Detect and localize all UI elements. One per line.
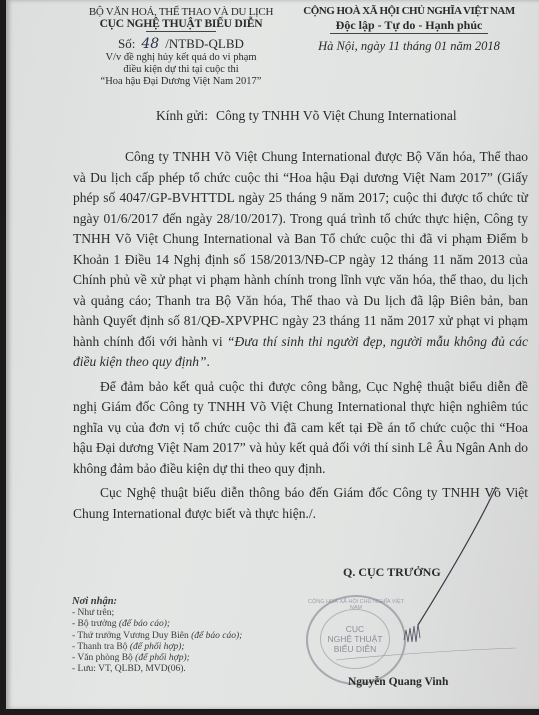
recipient-item: - Như trên; — [72, 608, 242, 619]
recipient-item: - Văn phòng Bộ (để phối hợp); — [72, 653, 242, 664]
subject-line-2: điều kiện dự thi tại cuộc thi — [76, 64, 286, 76]
addressee-recipient: Công ty TNHH Võ Việt Chung International — [208, 108, 457, 123]
recipient-item: - Lưu: VT, QLBD, MVD(06). — [72, 664, 242, 675]
letter-body: Công ty TNHH Võ Việt Chung International… — [73, 147, 528, 528]
recipients-list: Nơi nhận: - Như trên; - Bộ trưởng (để bá… — [72, 596, 242, 676]
document-page: BỘ VĂN HOÁ, THỂ THAO VÀ DU LỊCH CỤC NGHỆ… — [6, 0, 539, 709]
subject-line-3: “Hoa hậu Đại Dương Việt Nam 2017” — [76, 76, 286, 88]
nation-name: CỘNG HOÀ XÃ HỘI CHỦ NGHĨA VIỆT NAM — [274, 5, 539, 18]
document-date: Hà Nội, ngày 11 tháng 01 năm 2018 — [274, 38, 539, 54]
department-underline — [146, 31, 216, 32]
recipient-item: - Bộ trưởng (để báo cáo); — [72, 619, 242, 630]
national-header: CỘNG HOÀ XÃ HỘI CHỦ NGHĨA VIỆT NAM Độc l… — [274, 5, 539, 54]
doc-number-handwritten: 48 — [135, 36, 165, 52]
signatory-title: Q. CỤC TRƯỞNG — [343, 565, 441, 580]
addressee: Kính gửi:Công ty TNHH Võ Việt Chung Inte… — [156, 108, 457, 124]
national-motto: Độc lập - Tự do - Hạnh phúc — [274, 18, 539, 32]
document-number: Số:48/NTBD-QLBD — [76, 36, 286, 52]
paragraph-3: Cục Nghệ thuật biểu diễn thông báo đến G… — [73, 483, 528, 524]
signer-name: Nguyễn Quang Vinh — [348, 676, 448, 688]
motto-underline — [330, 33, 488, 34]
stamp-center: CỤC NGHỆ THUẬT BIỂU DIỄN — [320, 609, 390, 669]
recipient-item: - Thanh tra Bộ (để phối hợp); — [72, 642, 242, 653]
issuer-header: BỘ VĂN HOÁ, THỂ THAO VÀ DU LỊCH CỤC NGHỆ… — [76, 6, 286, 88]
department-name: CỤC NGHỆ THUẬT BIỂU DIỄN — [76, 18, 286, 31]
doc-number-suffix: /NTBD-QLBD — [165, 36, 244, 51]
ministry-name: BỘ VĂN HOÁ, THỂ THAO VÀ DU LỊCH — [76, 6, 286, 18]
recipients-title: Nơi nhận: — [72, 596, 242, 608]
paragraph-1: Công ty TNHH Võ Việt Chung International… — [73, 147, 528, 373]
paragraph-2: Để đảm bảo kết quả cuộc thi được công bằ… — [73, 377, 528, 480]
subject-line-1: V/v đề nghị hủy kết quả do vi phạm — [76, 52, 286, 64]
doc-number-label: Số: — [118, 36, 135, 51]
addressee-label: Kính gửi: — [156, 108, 208, 123]
official-stamp: CỘNG HOÀ XÃ HỘI CHỦ NGHĨA VIỆT NAM CỤC N… — [306, 595, 406, 685]
recipient-item: - Thứ trưởng Vương Duy Biên (để báo cáo)… — [72, 631, 242, 642]
